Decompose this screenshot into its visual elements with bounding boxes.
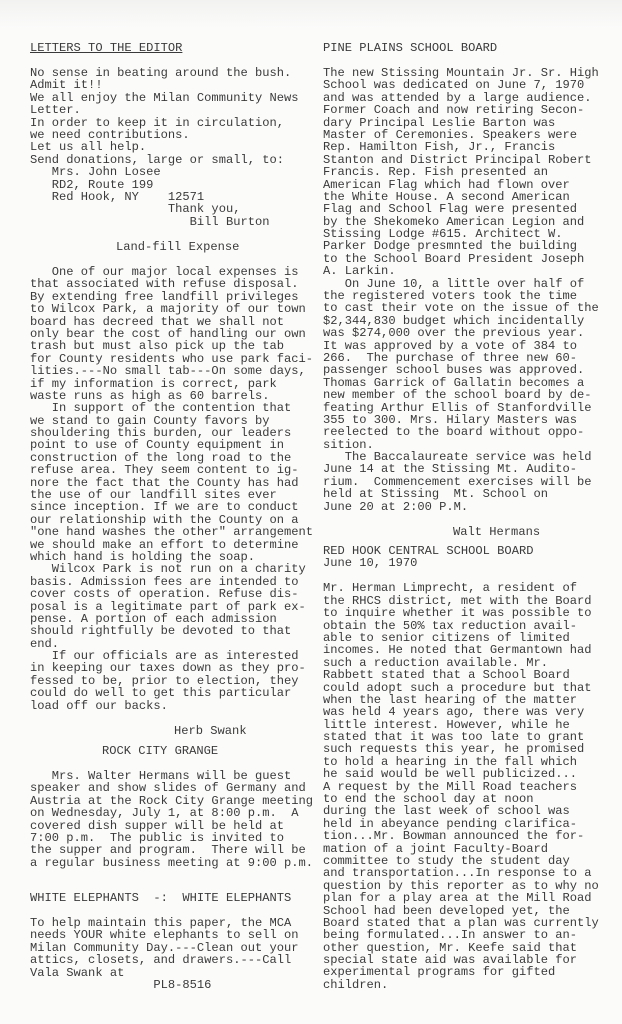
text-line: to inquire whether it was possible to (323, 607, 599, 619)
text-line: June 20 at 2:00 P.M. (323, 501, 599, 513)
text-line: plan for a play area at the Mill Road (323, 892, 599, 904)
red-hook-section: RED HOOK CENTRAL SCHOOL BOARD June 10, 1… (323, 545, 599, 991)
red-hook-body: Mr. Herman Limprecht, a resident ofthe R… (323, 582, 599, 991)
text-line: Rep. Hamilton Fish, Jr., Francis (323, 141, 599, 153)
text-line: A. Larkin. (323, 265, 599, 277)
grange-heading: ROCK CITY GRANGE (30, 745, 313, 757)
text-line: Rabbett stated that a School Board (323, 669, 599, 681)
text-line: cover costs of operation. Refuse dis- (30, 588, 320, 600)
letters-to-editor-section: LETTERS TO THE EDITOR No sense in beatin… (30, 42, 299, 228)
rock-city-grange-section: ROCK CITY GRANGE Mrs. Walter Hermans wil… (30, 745, 313, 869)
text-line: Let us all help. (30, 141, 299, 153)
pine-plains-body: The new Stissing Mountain Jr. Sr. HighSc… (323, 67, 599, 513)
text-line: attics, closets, and drawers.---Call (30, 954, 299, 966)
text-line: tion...Mr. Bowman announced the for- (323, 830, 599, 842)
text-line: new member of the school board by de- (323, 389, 599, 401)
text-line: Mrs. John Losee (30, 166, 299, 178)
text-line: trash but must also pick up the tab (30, 340, 320, 352)
text-line: passenger school buses was approved. (323, 364, 599, 376)
text-line: held at Stissing Mt. School on (323, 488, 599, 500)
text-line: was held 4 years ago, there was very (323, 706, 599, 718)
text-line: Letter. (30, 104, 299, 116)
text-line: children. (323, 979, 599, 991)
white-elephants-body: To help maintain this paper, the MCAneed… (30, 917, 299, 991)
text-line: "one hand washes the other" arrangement (30, 526, 320, 538)
pine-plains-section: PINE PLAINS SCHOOL BOARD The new Stissin… (323, 42, 599, 538)
text-line: on Wednesday, July 1, at 8:00 p.m. A (30, 807, 313, 819)
white-elephants-heading: WHITE ELEPHANTS -: WHITE ELEPHANTS (30, 892, 299, 904)
grange-body: Mrs. Walter Hermans will be guestspeaker… (30, 770, 313, 869)
text-line: Former Coach and now retiring Secon- (323, 104, 599, 116)
letters-heading: LETTERS TO THE EDITOR (30, 42, 299, 54)
text-line: such requests this year, he promised (323, 743, 599, 755)
text-line: School was dedicated on June 7, 1970 (323, 79, 599, 91)
text-line: and transportation...In response to a (323, 867, 599, 879)
text-line: could do well to get this particular (30, 687, 320, 699)
text-line: In support of the contention that (30, 402, 320, 414)
landfill-section: Land-fill Expense One of our major local… (30, 241, 320, 737)
text-line: was $274,000 over the previous year. (323, 327, 599, 339)
text-line: Admit it!! (30, 79, 299, 91)
text-line: should rightfully be devoted to that (30, 625, 320, 637)
text-line: the supper and program. There will be (30, 844, 313, 856)
text-line: being formulated...In answer to an- (323, 929, 599, 941)
text-line: needs YOUR white elephants to sell on (30, 929, 299, 941)
text-line: load off our backs. (30, 700, 320, 712)
landfill-body: One of our major local expenses isthat a… (30, 266, 320, 712)
text-line: point to use of County equipment in (30, 439, 320, 451)
letters-body: No sense in beating around the bush.Admi… (30, 67, 299, 228)
text-line: PL8-8516 (30, 979, 299, 991)
white-elephants-section: WHITE ELEPHANTS -: WHITE ELEPHANTS To he… (30, 892, 299, 991)
text-line: refuse area. They seem content to ig- (30, 464, 320, 476)
text-line: Bill Burton (30, 216, 299, 228)
text-line: he said would be well publicized... (323, 768, 599, 780)
text-line: Wilcox Park is not run on a charity (30, 563, 320, 575)
page-top-shading (0, 0, 622, 28)
landfill-signature: Herb Swank (30, 725, 320, 737)
text-line: Flag and School Flag were presented (323, 203, 599, 215)
text-line: Thank you, (30, 203, 299, 215)
text-line: a regular business meeting at 9:00 p.m. (30, 857, 313, 869)
text-line: Parker Dodge presmnted the building (323, 240, 599, 252)
text-line: to cast their vote on the issue of the (323, 302, 599, 314)
text-line: since inception. If we are to conduct (30, 501, 320, 513)
landfill-heading: Land-fill Expense (30, 241, 320, 253)
text-line: Mr. Herman Limprecht, a resident of (323, 582, 599, 594)
text-line: incomes. He noted that Germantown had (323, 644, 599, 656)
red-hook-date: June 10, 1970 (323, 557, 599, 569)
text-line: lities.---No small tab---On some days, (30, 365, 320, 377)
text-line: during the last week of school was (323, 805, 599, 817)
text-line: to Wilcox Park, a majority of our town (30, 303, 320, 315)
text-line: speaker and show slides of Germany and (30, 782, 313, 794)
pine-plains-heading: PINE PLAINS SCHOOL BOARD (323, 42, 599, 54)
text-line: that associated with refuse disposal. (30, 278, 320, 290)
pine-plains-signature: Walt Hermans (323, 526, 599, 538)
text-line: reelected to the board without oppo- (323, 426, 599, 438)
text-line: Francis. Rep. Fish presented an (323, 166, 599, 178)
